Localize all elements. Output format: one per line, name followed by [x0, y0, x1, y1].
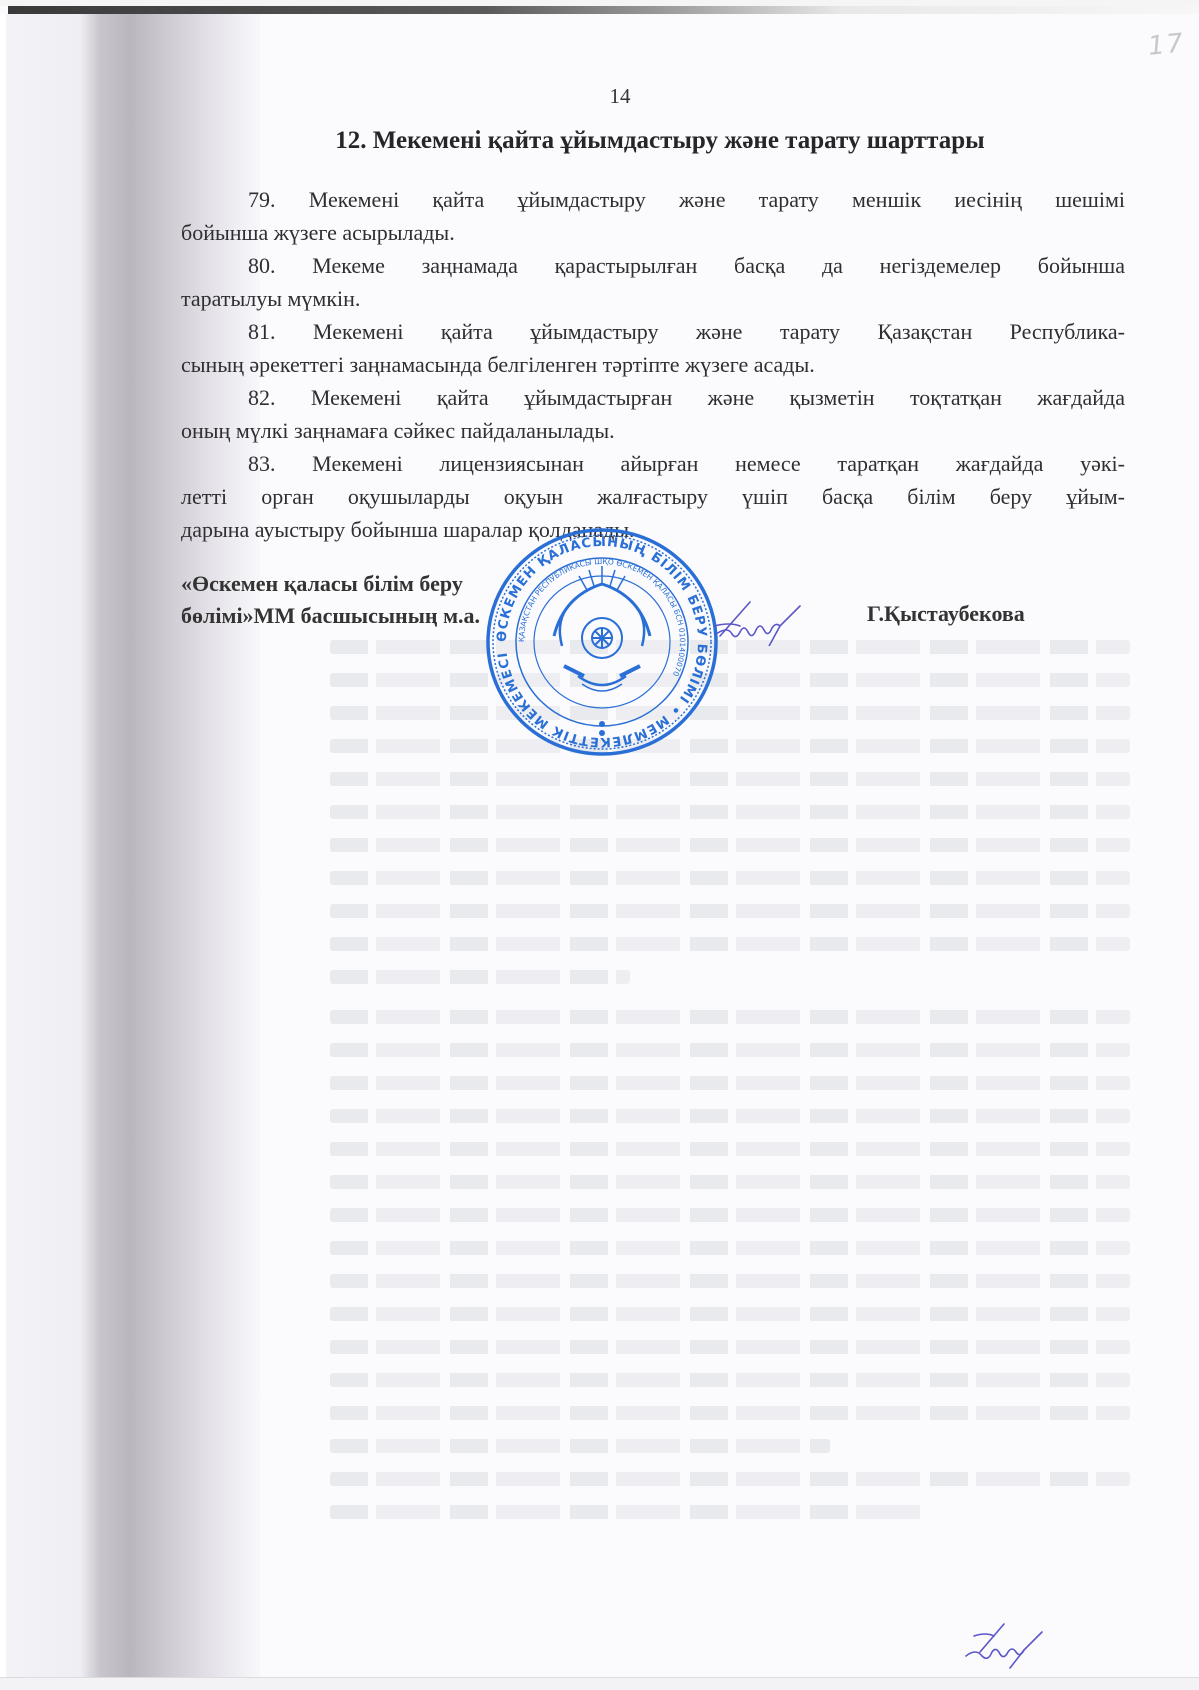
paragraph-text: 83. Мекемені лицензиясынан айырған немес… [181, 447, 1125, 480]
paragraph-text: бойынша жүзеге асырылады. [181, 216, 1125, 249]
page-number: 14 [600, 84, 640, 109]
signatory-title-line: «Өскемен қаласы білім беру [181, 568, 480, 600]
paragraph-80: 80. Мекеме заңнамада қарастырылған басқа… [181, 249, 1125, 315]
scan-top-shadow [8, 6, 1199, 14]
paragraph-79: 79. Мекемені қайта ұйымдастыру және тара… [181, 183, 1125, 249]
signatory-title-line: бөлімі»ММ басшысының м.а. [181, 600, 480, 632]
paragraph-text: оның мүлкі заңнамаға сәйкес пайдаланылад… [181, 414, 1125, 447]
paragraph-text: сының әрекеттегі заңнамасында белгіленге… [181, 348, 1125, 381]
section-heading: 12. Мекемені қайта ұйымдастыру және тара… [200, 127, 1120, 155]
signature-icon [710, 596, 830, 646]
paragraph-text: таратылуы мүмкін. [181, 282, 1125, 315]
paragraph-text: летті орган оқушыларды оқуын жалғастыру … [181, 480, 1125, 513]
signatory-title: «Өскемен қаласы білім беру бөлімі»ММ бас… [181, 568, 480, 632]
paragraph-text: 79. Мекемені қайта ұйымдастыру және тара… [181, 183, 1125, 216]
paragraph-82: 82. Мекемені қайта ұйымдастырған және қы… [181, 381, 1125, 447]
page-initials-signature-icon [960, 1620, 1080, 1670]
handwritten-page-number: 17 [1147, 28, 1187, 62]
paragraph-text: 82. Мекемені қайта ұйымдастырған және қы… [181, 381, 1125, 414]
official-stamp-icon: ӨСКЕМЕН ҚАЛАСЫНЫҢ БІЛІМ БЕРУ БӨЛІМІ • МЕ… [484, 526, 720, 758]
paragraph-text: 81. Мекемені қайта ұйымдастыру және тара… [181, 315, 1125, 348]
paragraph-text: 80. Мекеме заңнамада қарастырылған басқа… [181, 249, 1125, 282]
scan-left-edge [0, 14, 6, 1677]
signatory-name: Г.Қыстаубекова [867, 601, 1025, 627]
paragraph-81: 81. Мекемені қайта ұйымдастыру және тара… [181, 315, 1125, 381]
scan-bottom-edge [0, 1677, 1199, 1690]
